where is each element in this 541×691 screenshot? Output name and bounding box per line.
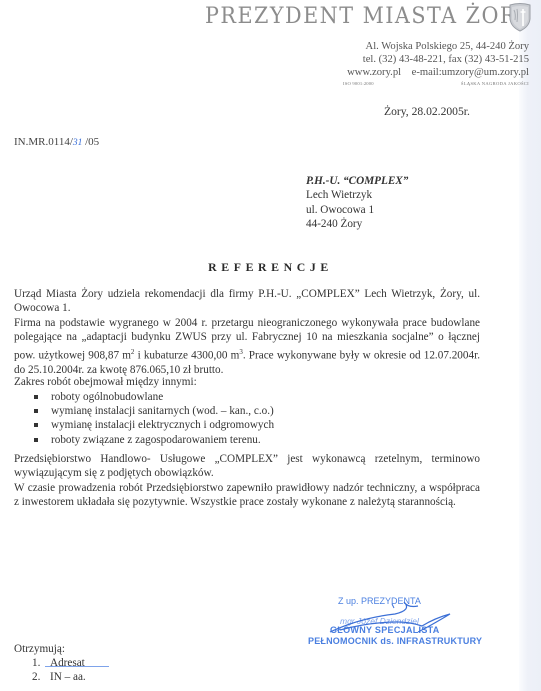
scope-item: roboty ogólnobudowlane (34, 390, 274, 404)
recipient-city: 44-240 Żory (306, 217, 408, 231)
bullet-icon (34, 438, 38, 442)
reference-handwritten-number: 31 (73, 138, 83, 148)
reference-number: IN.MR.0114/31 /05 (14, 136, 99, 148)
distribution-label: Otrzymują: (14, 642, 86, 656)
scope-list: roboty ogólnobudowlane wymianę instalacj… (34, 390, 274, 447)
recipient-company: P.H.-U. “COMPLEX” (306, 174, 408, 188)
letterhead-address: Al. Wojska Polskiego 25, 44-240 Żory (366, 41, 529, 52)
paragraph-assessment: Przedsiębiorstwo Handlowo- Usługowe „COM… (14, 452, 480, 481)
handwritten-underline (45, 666, 109, 667)
paragraph-work-description: Firma na podstawie wygranego w 2004 r. p… (14, 316, 480, 377)
distribution-item: 1.Adresat (14, 656, 86, 670)
scope-item: wymianę instalacji sanitarnych (wod. – k… (34, 404, 274, 418)
scope-item-text: wymianę instalacji elektrycznych i odgro… (51, 419, 274, 431)
official-stamp-signature: Z up. PREZYDENTA mgr Józef Dziendziel GŁ… (300, 592, 460, 654)
quality-award: ŚLĄSKA NAGRODA JAKOŚCI (461, 81, 529, 86)
letterhead-title: PREZYDENT MIASTA ŻORY (205, 3, 531, 29)
letterhead-phone: tel. (32) 43-48-221, fax (32) 43-51-215 (363, 54, 529, 65)
bullet-icon (34, 423, 38, 427)
body-section-main: Urząd Miasta Żory udziela rekomendacji d… (14, 287, 480, 377)
distribution-items: 1.Adresat 2.IN – aa. (14, 656, 86, 684)
scan-edge-shading (519, 0, 541, 691)
work-text-b: i kubaturze 4300,00 m (134, 349, 239, 361)
item-text: Adresat (50, 657, 85, 669)
scope-item-text: roboty związane z zagospodarowaniem tere… (51, 434, 261, 446)
paragraph-supervision: W czasie prowadzenia robót Przedsiębiors… (14, 481, 480, 510)
item-text: IN – aa. (50, 671, 86, 683)
iso-certification: ISO 9001:2000 (343, 81, 374, 86)
paragraph-intro: Urząd Miasta Żory udziela rekomendacji d… (14, 287, 480, 316)
scope-item: roboty związane z zagospodarowaniem tere… (34, 433, 274, 447)
item-number: 1. (32, 656, 50, 670)
item-number: 2. (32, 670, 50, 684)
scope-item: wymianę instalacji elektrycznych i odgro… (34, 418, 274, 432)
bullet-icon (34, 409, 38, 413)
body-section-assessment: Przedsiębiorstwo Handlowo- Usługowe „COM… (14, 452, 480, 510)
letter-date: Żory, 28.02.2005r. (384, 105, 470, 118)
letterhead-web-email: www.zory.pl e-mail:umzory@um.zory.pl (347, 67, 529, 78)
scope-item-text: roboty ogólnobudowlane (51, 391, 163, 403)
bullet-icon (34, 395, 38, 399)
reference-suffix: /05 (82, 136, 99, 148)
distribution-item: 2.IN – aa. (14, 670, 86, 684)
reference-prefix: IN.MR.0114/ (14, 136, 73, 148)
recipient-name: Lech Wietrzyk (306, 188, 408, 202)
recipient-street: ul. Owocowa 1 (306, 203, 408, 217)
distribution-list: Otrzymują: 1.Adresat 2.IN – aa. (14, 642, 86, 684)
recipient-address-block: P.H.-U. “COMPLEX” Lech Wietrzyk ul. Owoc… (306, 174, 408, 231)
document-heading: REFERENCJE (0, 260, 541, 275)
signature-scribble-icon (300, 592, 460, 654)
scope-intro: Zakres robót obejmował między innymi: (14, 376, 197, 388)
scope-item-text: wymianę instalacji sanitarnych (wod. – k… (51, 405, 274, 417)
city-crest-shield-icon (508, 2, 532, 32)
